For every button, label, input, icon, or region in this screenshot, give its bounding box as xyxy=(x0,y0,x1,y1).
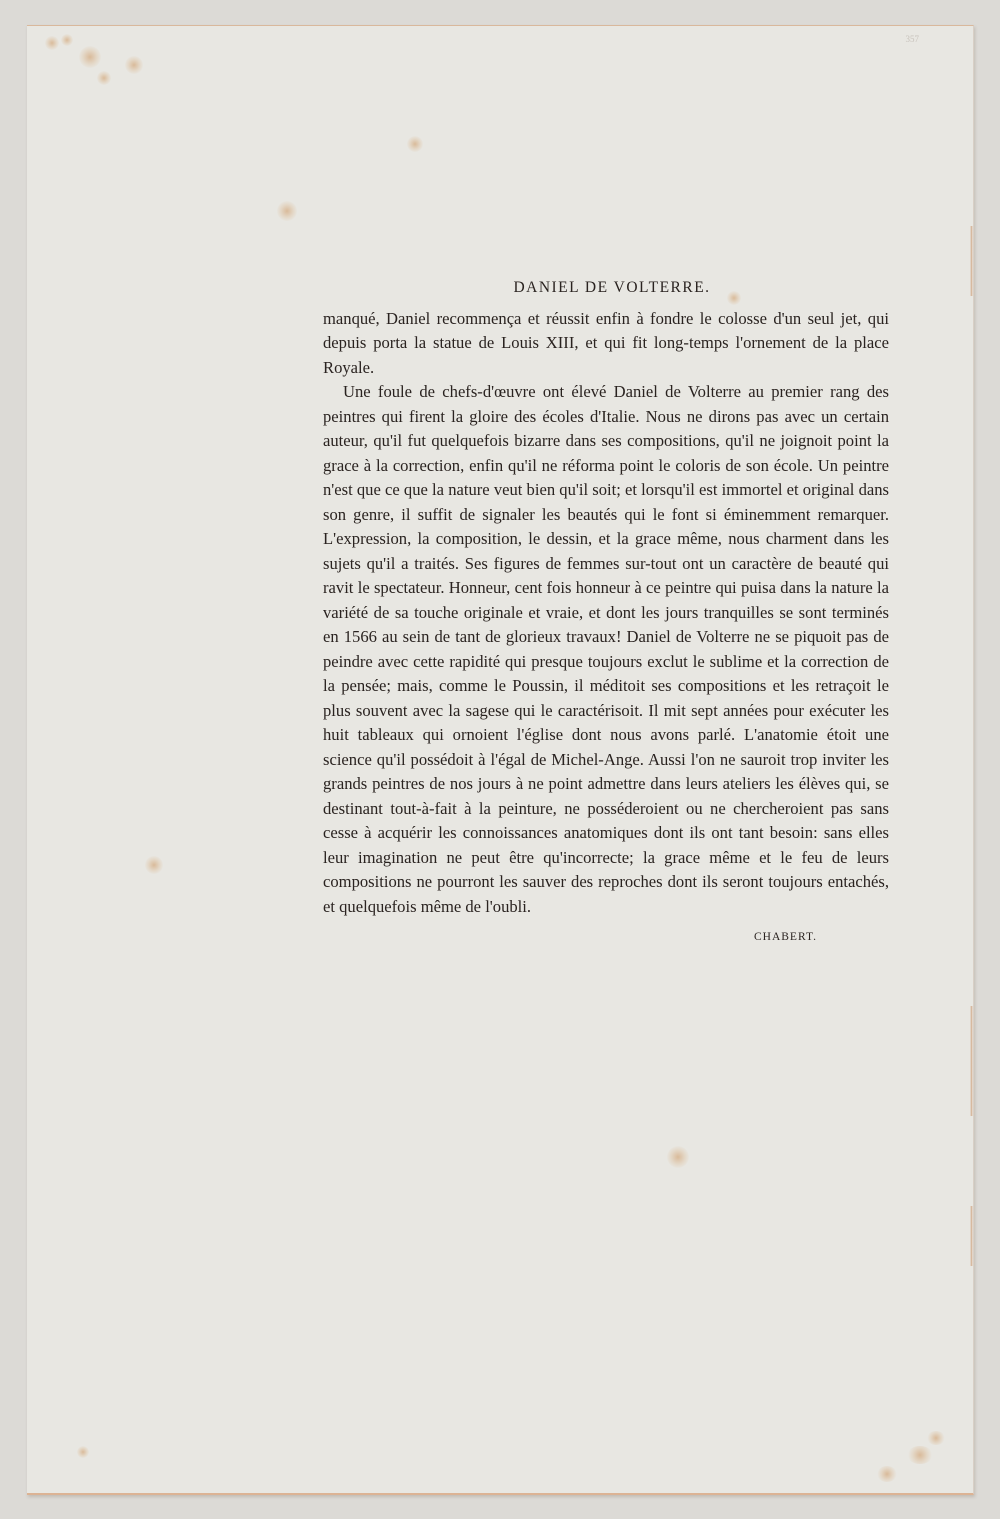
foxing-spot xyxy=(907,1446,933,1464)
paragraph-main: Une foule de chefs-d'œuvre ont élevé Dan… xyxy=(323,380,889,919)
foxing-spot xyxy=(125,56,143,74)
author-signature: CHABERT. xyxy=(323,925,889,950)
foxing-spot xyxy=(79,46,101,68)
foxing-spot xyxy=(61,34,73,46)
foxing-spot xyxy=(145,856,163,874)
foxing-spot xyxy=(407,136,423,152)
foxing-spot xyxy=(927,1431,945,1445)
foxing-spot xyxy=(667,1146,689,1168)
foxing-spot xyxy=(877,1466,897,1482)
foxing-spot xyxy=(45,36,59,50)
edge-stain xyxy=(970,226,973,296)
corner-mark: 357 xyxy=(906,34,920,44)
foxing-spot xyxy=(77,1446,89,1458)
edge-stain xyxy=(970,1206,973,1266)
foxing-spot xyxy=(277,201,297,221)
article-body: DANIEL DE VOLTERRE. manqué, Daniel recom… xyxy=(323,276,889,950)
paragraph-continuation: manqué, Daniel recommença et réussit enf… xyxy=(323,307,889,381)
edge-stain xyxy=(970,1006,973,1116)
foxing-spot xyxy=(97,71,111,85)
article-title: DANIEL DE VOLTERRE. xyxy=(323,276,889,301)
